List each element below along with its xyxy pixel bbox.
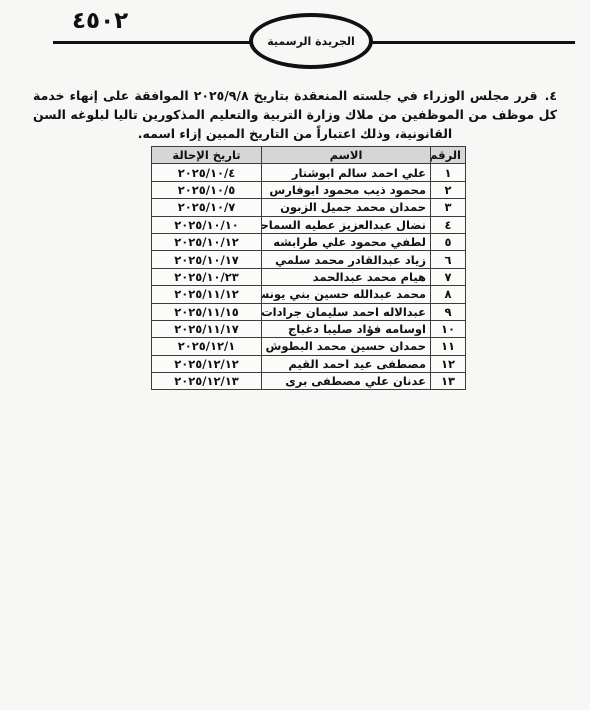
cell-date: ٢٠٢٥/١١/١٢ (152, 286, 262, 303)
cell-date: ٢٠٢٥/١٠/٢٣ (152, 268, 262, 285)
cell-number: ١٣ (431, 373, 466, 390)
retirement-table-wrap: الرقم الاسم تاريخ الإحالة ١ علي احمد سال… (151, 146, 466, 390)
table-row: ٤ نضال عبدالعزيز عطيه السماحين ٢٠٢٥/١٠/١… (152, 216, 466, 233)
col-header-number: الرقم (431, 147, 466, 164)
cell-name: حمدان محمد جميل الزبون (262, 199, 431, 216)
table-row: ٢ محمود ذيب محمود ابوفارس ٢٠٢٥/١٠/٥ (152, 181, 466, 198)
cell-date: ٢٠٢٥/١٠/٧ (152, 199, 262, 216)
table-row: ١ علي احمد سالم ابوشنار ٢٠٢٥/١٠/٤ (152, 164, 466, 181)
cell-number: ١ (431, 164, 466, 181)
cell-number: ١١ (431, 338, 466, 355)
cell-number: ٥ (431, 233, 466, 250)
cell-name: زياد عبدالقادر محمد سلمي (262, 251, 431, 268)
cell-name: مصطفى عيد احمد القيم (262, 355, 431, 372)
table-row: ١٠ اوسامه فؤاد صليبا دغباج ٢٠٢٥/١١/١٧ (152, 320, 466, 337)
gazette-badge-label: الجريدة الرسمية (267, 35, 355, 48)
col-header-date: تاريخ الإحالة (152, 147, 262, 164)
cell-name: محمد عبدالله حسين بني يونس (262, 286, 431, 303)
cell-name: حمدان حسين محمد البطوش (262, 338, 431, 355)
cell-date: ٢٠٢٥/١٠/٤ (152, 164, 262, 181)
cell-number: ٤ (431, 216, 466, 233)
cell-date: ٢٠٢٥/١٠/١٢ (152, 233, 262, 250)
cell-number: ٦ (431, 251, 466, 268)
page-number: ٤٥٠٢ (72, 8, 128, 34)
table-row: ٧ هيام محمد عبدالحمد ٢٠٢٥/١٠/٢٣ (152, 268, 466, 285)
cell-name: محمود ذيب محمود ابوفارس (262, 181, 431, 198)
cell-number: ٣ (431, 199, 466, 216)
retirement-table-body: ١ علي احمد سالم ابوشنار ٢٠٢٥/١٠/٤ ٢ محمو… (152, 164, 466, 390)
cell-number: ٢ (431, 181, 466, 198)
cell-date: ٢٠٢٥/١٠/١٧ (152, 251, 262, 268)
cell-number: ٨ (431, 286, 466, 303)
decision-paragraph: ٤.قرر مجلس الوزراء في جلسته المنعقدة بتا… (33, 86, 557, 143)
cell-name: نضال عبدالعزيز عطيه السماحين (262, 216, 431, 233)
cell-name: هيام محمد عبدالحمد (262, 268, 431, 285)
retirement-table: الرقم الاسم تاريخ الإحالة ١ علي احمد سال… (151, 146, 466, 390)
gazette-page: ٤٥٠٢ الجريدة الرسمية ٤.قرر مجلس الوزراء … (0, 0, 590, 710)
cell-date: ٢٠٢٥/١١/١٧ (152, 320, 262, 337)
table-row: ٨ محمد عبدالله حسين بني يونس ٢٠٢٥/١١/١٢ (152, 286, 466, 303)
cell-name: اوسامه فؤاد صليبا دغباج (262, 320, 431, 337)
decision-text: قرر مجلس الوزراء في جلسته المنعقدة بتاري… (33, 88, 557, 141)
table-row: ١٣ عدنان علي مصطفى برى ٢٠٢٥/١٢/١٣ (152, 373, 466, 390)
col-header-name: الاسم (262, 147, 431, 164)
decision-item-marker: ٤. (545, 88, 557, 103)
cell-date: ٢٠٢٥/١٢/١ (152, 338, 262, 355)
table-row: ١٢ مصطفى عيد احمد القيم ٢٠٢٥/١٢/١٢ (152, 355, 466, 372)
cell-name: علي احمد سالم ابوشنار (262, 164, 431, 181)
gazette-oval-badge: الجريدة الرسمية (249, 13, 373, 69)
cell-number: ١٢ (431, 355, 466, 372)
table-row: ٣ حمدان محمد جميل الزبون ٢٠٢٥/١٠/٧ (152, 199, 466, 216)
cell-date: ٢٠٢٥/١٢/١٢ (152, 355, 262, 372)
cell-date: ٢٠٢٥/١٢/١٣ (152, 373, 262, 390)
cell-name: عبدالاله احمد سليمان جرادات (262, 303, 431, 320)
table-row: ٦ زياد عبدالقادر محمد سلمي ٢٠٢٥/١٠/١٧ (152, 251, 466, 268)
table-row: ٩ عبدالاله احمد سليمان جرادات ٢٠٢٥/١١/١٥ (152, 303, 466, 320)
cell-number: ٩ (431, 303, 466, 320)
cell-number: ١٠ (431, 320, 466, 337)
cell-name: عدنان علي مصطفى برى (262, 373, 431, 390)
cell-name: لطفي محمود علي طرابشه (262, 233, 431, 250)
cell-date: ٢٠٢٥/١٠/١٠ (152, 216, 262, 233)
table-header-row: الرقم الاسم تاريخ الإحالة (152, 147, 466, 164)
cell-date: ٢٠٢٥/١١/١٥ (152, 303, 262, 320)
table-row: ٥ لطفي محمود علي طرابشه ٢٠٢٥/١٠/١٢ (152, 233, 466, 250)
cell-number: ٧ (431, 268, 466, 285)
table-row: ١١ حمدان حسين محمد البطوش ٢٠٢٥/١٢/١ (152, 338, 466, 355)
cell-date: ٢٠٢٥/١٠/٥ (152, 181, 262, 198)
